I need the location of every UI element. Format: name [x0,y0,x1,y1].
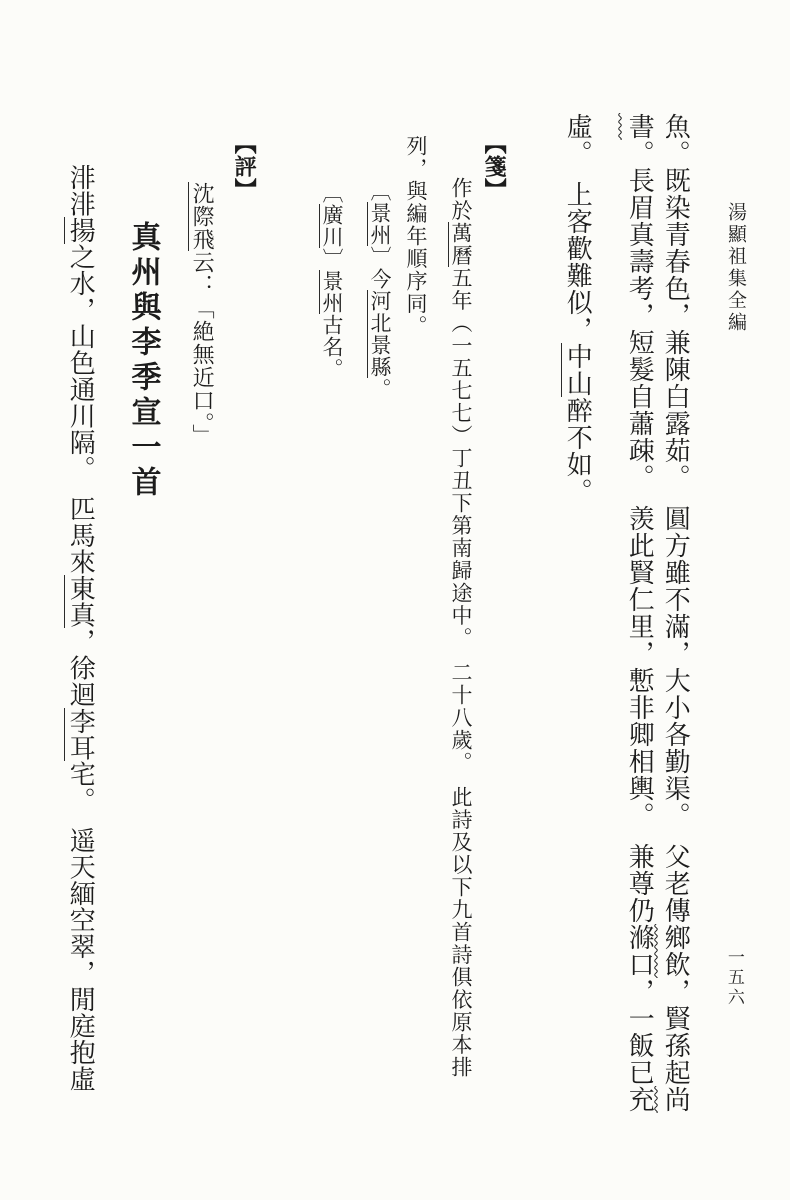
page-number: 一五六 [724,948,742,1008]
book-title-marked-text: 書 [624,113,654,140]
text-segment: 。長眉真壽考，短髮自蕭疎。 羡此賢仁里，慙非卿相輿。 兼尊仍滌口，一飯已充 [624,140,654,1113]
proper-noun-marked-text: 景州 [367,202,392,246]
poem-body-col-1: 渄渄揚之水，山色通川隔。 匹馬來東真，徐迴李耳宅。 遥天緬空翠，閒庭抱虛 [66,164,93,1092]
proper-noun-marked-text: 河北景縣 [367,290,392,378]
text-segment: 【箋】 [481,132,507,201]
text-segment: 〕今 [368,246,392,290]
text-segment: 【評】 [231,132,257,201]
text-segment: ，徐迴 [65,628,95,708]
text-segment: 渄渄 [65,164,95,217]
proper-noun-marked-text: 萬曆 [448,222,473,267]
text-segment: 〔 [368,180,392,202]
book-title-marked-text: 鄉飲 [660,924,690,978]
text-segment: 〔 [320,182,344,204]
text-segment: 之水，山色通川隔。 匹馬來 [65,244,95,576]
jian-section-header: 【箋】 [482,132,505,201]
text-segment: 列，與編年順序同。 [404,135,428,338]
poem-continuation-col-3: 虛。 上客歡難似，中山醉不如。 [563,113,590,505]
ping-section-header: 【評】 [232,132,255,201]
jian-gloss-guangchuan: 〔廣川〕景州古名。 [321,182,343,380]
proper-noun-marked-text: 揚 [64,217,95,244]
text-segment: 醉不如。 [562,397,592,505]
text-segment: 古名。 [320,314,344,380]
poem-continuation-col-1: 魚。既染青春色，兼陳白露茹。 圓方雖不滿，大小各勤渠。 父老傳鄉飲，賢孫起尚 [661,113,688,1113]
book-page: 湯顯祖集全編 魚。既染青春色，兼陳白露茹。 圓方雖不滿，大小各勤渠。 父老傳鄉飲… [0,0,790,1200]
text-segment: 魚。既染青春色，兼陳白露茹。 圓方雖不滿，大小各勤渠。 父老傳 [660,113,690,924]
text-segment: 宅。 遥天緬空翠，閒庭抱虛 [65,761,95,1093]
text-segment: ，賢孫起 [660,978,690,1086]
poem-title: 真州與李季宣一首 [127,221,159,501]
ping-comment-col: 沈際飛云：「絶無近口。」 [190,182,213,447]
text-segment: 虛。 上客歡難似， [562,113,592,343]
text-segment: 云：「絶無近口。」 [189,251,214,447]
jian-note-col-1: 作於萬曆五年（一五七七）丁丑下第南歸途中。 二十八歲。 此詩及以下九首詩俱依原本… [450,177,472,1079]
proper-noun-marked-text: 廣川 [319,204,344,248]
proper-noun-marked-text: 李耳 [64,708,95,761]
text-segment: 作於 [449,177,473,222]
proper-noun-marked-text: 景州 [319,270,344,314]
proper-noun-marked-text: 東真 [64,575,95,628]
jian-note-col-2: 列，與編年順序同。 [405,135,427,338]
text-segment: 五年（一五七七）丁丑下第南歸途中。 二十八歲。 此詩及以下九首詩俱依原本排 [449,267,473,1079]
running-title: 湯顯祖集全編 [725,202,745,334]
proper-noun-marked-text: 沈際飛 [188,182,214,251]
jian-gloss-jingzhou: 〔景州〕今河北景縣。 [369,180,391,400]
text-segment: 真州與李季宣一首 [126,221,161,501]
book-title-marked-text: 尚 [660,1086,690,1113]
proper-noun-marked-text: 中山 [561,343,592,397]
poem-continuation-col-2: 書。長眉真壽考，短髮自蕭疎。 羡此賢仁里，慙非卿相輿。 兼尊仍滌口，一飯已充 [625,113,652,1113]
text-segment: 〕 [320,248,344,270]
text-segment: 。 [368,378,392,400]
